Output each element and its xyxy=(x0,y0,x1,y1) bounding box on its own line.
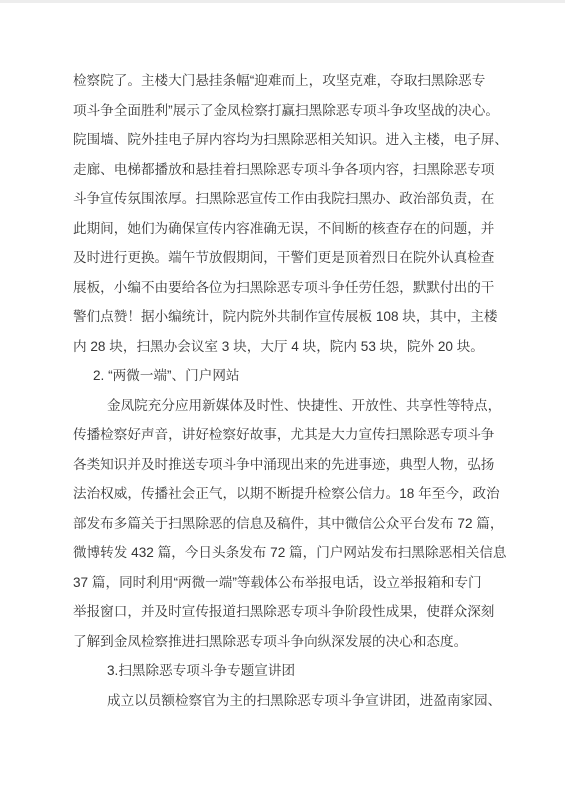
page-top-edge xyxy=(0,0,565,3)
body-paragraph-2: 金凤院充分应用新媒体及时性、快捷性、开放性、共享性等特点， 传播检察好声音，讲好… xyxy=(73,391,515,657)
section-heading-3: 3.扫黑除恶专项斗争专题宣讲团 xyxy=(73,656,515,686)
body-paragraph-3: 成立以员额检察官为主的扫黑除恶专项斗争宣讲团，进盈南家园、 xyxy=(73,686,515,716)
section-heading-2: 2. “两微一端”、门户网站 xyxy=(73,361,515,391)
document-page: 检察院了。主楼大门悬挂条幅“迎难而上，攻坚克难，夺取扫黑除恶专 项斗争全面胜利”… xyxy=(0,0,565,800)
body-paragraph-1: 检察院了。主楼大门悬挂条幅“迎难而上，攻坚克难，夺取扫黑除恶专 项斗争全面胜利”… xyxy=(73,66,515,361)
document-content: 检察院了。主楼大门悬挂条幅“迎难而上，攻坚克难，夺取扫黑除恶专 项斗争全面胜利”… xyxy=(0,0,565,715)
